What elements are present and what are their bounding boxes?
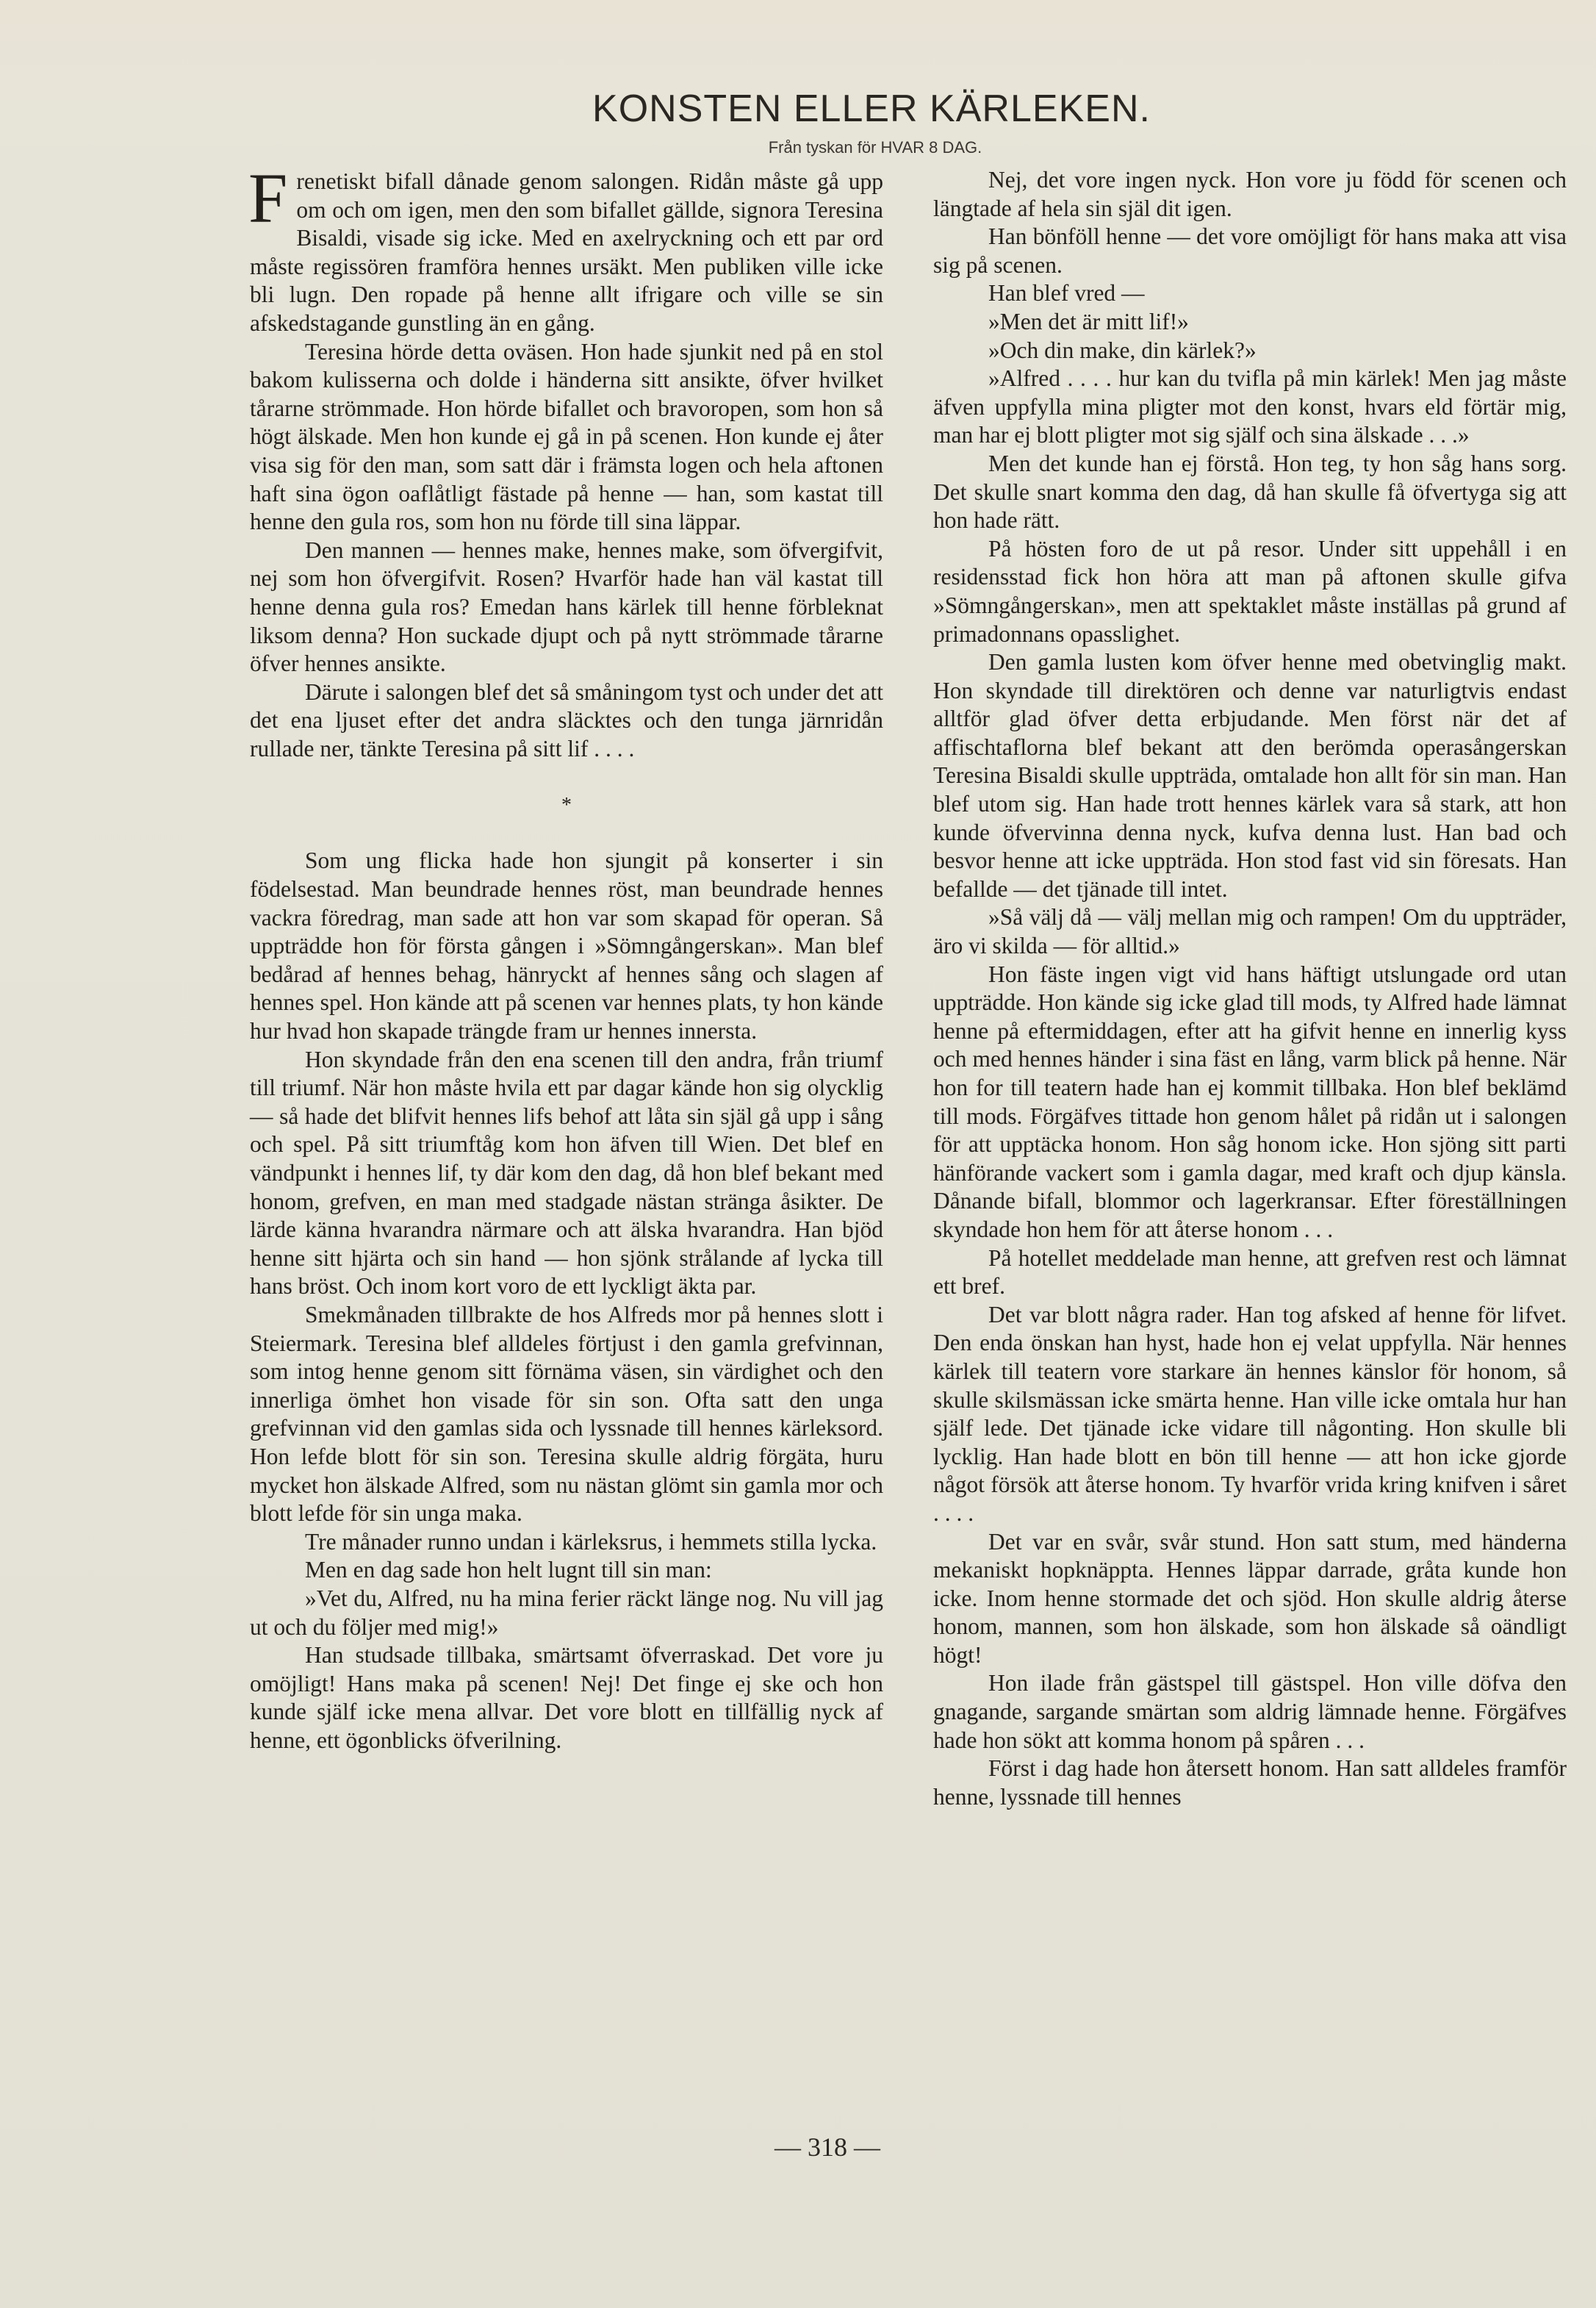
paragraph: Hon skyndade från den ena scenen till de… bbox=[250, 1046, 883, 1301]
paragraph: Därute i salongen blef det så småningom … bbox=[250, 678, 883, 764]
paragraph: På hotellet meddelade man henne, att gre… bbox=[933, 1244, 1567, 1301]
opening-paragraph: Frenetiskt bifall dånade genom salongen.… bbox=[250, 168, 883, 338]
paragraph: Smekmånaden tillbrakte de hos Alfreds mo… bbox=[250, 1301, 883, 1528]
paragraph: Det var en svår, svår stund. Hon satt st… bbox=[933, 1528, 1567, 1670]
paragraph: Nej, det vore ingen nyck. Hon vore ju fö… bbox=[933, 166, 1567, 223]
quote-paragraph: »Alfred . . . . hur kan du tvifla på min… bbox=[933, 365, 1567, 450]
paragraph: Tre månader runno undan i kärleksrus, i … bbox=[250, 1528, 883, 1557]
paragraph: Men det kunde han ej förstå. Hon teg, ty… bbox=[933, 450, 1567, 535]
left-column: Frenetiskt bifall dånade genom salongen.… bbox=[250, 168, 883, 1755]
magazine-page: KONSTEN ELLER KÄRLEKEN. Från tyskan för … bbox=[0, 0, 1596, 2308]
quote-paragraph: »Så välj då — välj mellan mig och rampen… bbox=[933, 903, 1567, 960]
article-title: KONSTEN ELLER KÄRLEKEN. bbox=[0, 87, 1596, 131]
drop-cap: F bbox=[248, 172, 287, 225]
paragraph: Det var blott några rader. Han tog afske… bbox=[933, 1301, 1567, 1528]
section-separator-asterisk: * bbox=[250, 795, 883, 816]
paragraph: Den mannen — hennes make, hennes make, s… bbox=[250, 537, 883, 678]
paragraph: Som ung flicka hade hon sjungit på konse… bbox=[250, 847, 883, 1045]
paragraph: Den gamla lusten kom öfver henne med obe… bbox=[933, 648, 1567, 903]
right-column: Nej, det vore ingen nyck. Hon vore ju fö… bbox=[933, 166, 1567, 1811]
article-subtitle: Från tyskan för HVAR 8 DAG. bbox=[0, 138, 1596, 157]
paragraph: Teresina hörde detta oväsen. Hon hade sj… bbox=[250, 338, 883, 537]
paragraph: Han bönföll henne — det vore omöjligt fö… bbox=[933, 223, 1567, 279]
quote-paragraph: »Och din make, din kärlek?» bbox=[933, 337, 1567, 365]
paragraph: Han blef vred — bbox=[933, 279, 1567, 308]
paragraph: Först i dag hade hon återsett honom. Han… bbox=[933, 1755, 1567, 1811]
paragraph: På hösten foro de ut på resor. Under sit… bbox=[933, 535, 1567, 648]
paragraph: Han studsade tillbaka, smärtsamt öfverra… bbox=[250, 1641, 883, 1755]
paragraph: Men en dag sade hon helt lugnt till sin … bbox=[250, 1556, 883, 1585]
paragraph: Hon ilade från gästspel till gästspel. H… bbox=[933, 1669, 1567, 1755]
page-number: — 318 — bbox=[0, 2132, 1596, 2162]
paragraph: Hon fäste ingen vigt vid hans häftigt ut… bbox=[933, 961, 1567, 1244]
quote-paragraph: »Vet du, Alfred, nu ha mina ferier räckt… bbox=[250, 1585, 883, 1641]
quote-paragraph: »Men det är mitt lif!» bbox=[933, 308, 1567, 337]
